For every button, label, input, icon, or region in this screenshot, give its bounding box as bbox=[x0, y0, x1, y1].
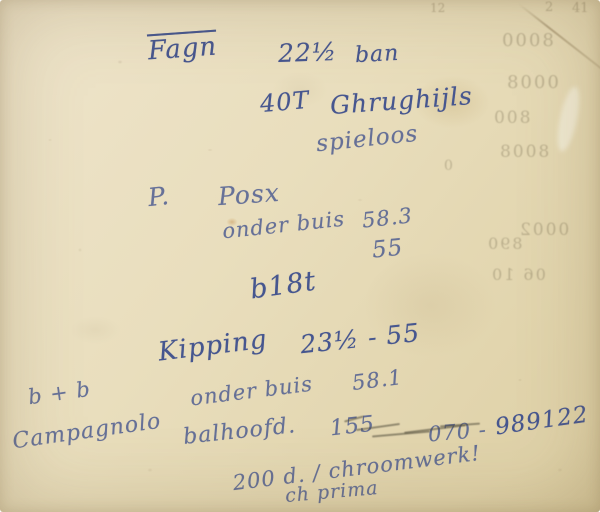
handwriting-55: 55 bbox=[371, 234, 405, 263]
handwriting-989122: 989122 bbox=[494, 402, 591, 441]
handwriting-22half: 22½ bbox=[278, 37, 338, 68]
handwriting-b-plus-b: b + b bbox=[27, 377, 93, 410]
handwriting-kipping: Kipping bbox=[157, 324, 270, 367]
handwriting-b18t: b18t bbox=[248, 266, 318, 306]
ghost-number: 0008 bbox=[505, 72, 559, 93]
pencil-mark: 2 bbox=[545, 0, 553, 15]
ghost-number: 800 bbox=[492, 108, 530, 128]
handwriting-583: 58.3 bbox=[361, 203, 414, 232]
handwriting-p: P. bbox=[147, 181, 172, 212]
handwriting-onderbuis-1: onder buis bbox=[221, 207, 346, 244]
ghost-number: 06 10 bbox=[490, 265, 546, 284]
handwriting-40t: 40T bbox=[259, 86, 311, 118]
ghost-number: 890 bbox=[486, 234, 523, 253]
photo-back-note: Fagn 22½ ban 40T Ghrughijls spieloos P. … bbox=[0, 0, 600, 512]
handwriting-onderbuis-2: onder buis bbox=[189, 372, 314, 411]
pencil-mark: 12 bbox=[430, 1, 445, 15]
handwriting-posx: Posx bbox=[217, 178, 281, 211]
ghost-number: 0002 bbox=[518, 220, 569, 240]
scuff-mark bbox=[553, 85, 583, 153]
pencil-mark: 41 bbox=[572, 1, 589, 16]
handwriting-balhoofd: balhoofd. bbox=[182, 413, 297, 450]
handwriting-ghrughijls: Ghrughijls bbox=[329, 81, 473, 120]
handwriting-581: 58.1 bbox=[351, 365, 404, 395]
handwriting-campagnolo: Campagnolo bbox=[11, 409, 163, 455]
ghost-number: 0 bbox=[442, 158, 453, 174]
handwriting-fagn: Fagn bbox=[147, 32, 218, 67]
handwriting-spieloos: spieloos bbox=[315, 121, 420, 158]
handwriting-23half-55: 23½ - 55 bbox=[299, 318, 422, 359]
ghost-number: 8008 bbox=[498, 142, 549, 162]
ghost-number: 8000 bbox=[500, 30, 554, 51]
handwriting-ban: ban bbox=[354, 41, 400, 68]
